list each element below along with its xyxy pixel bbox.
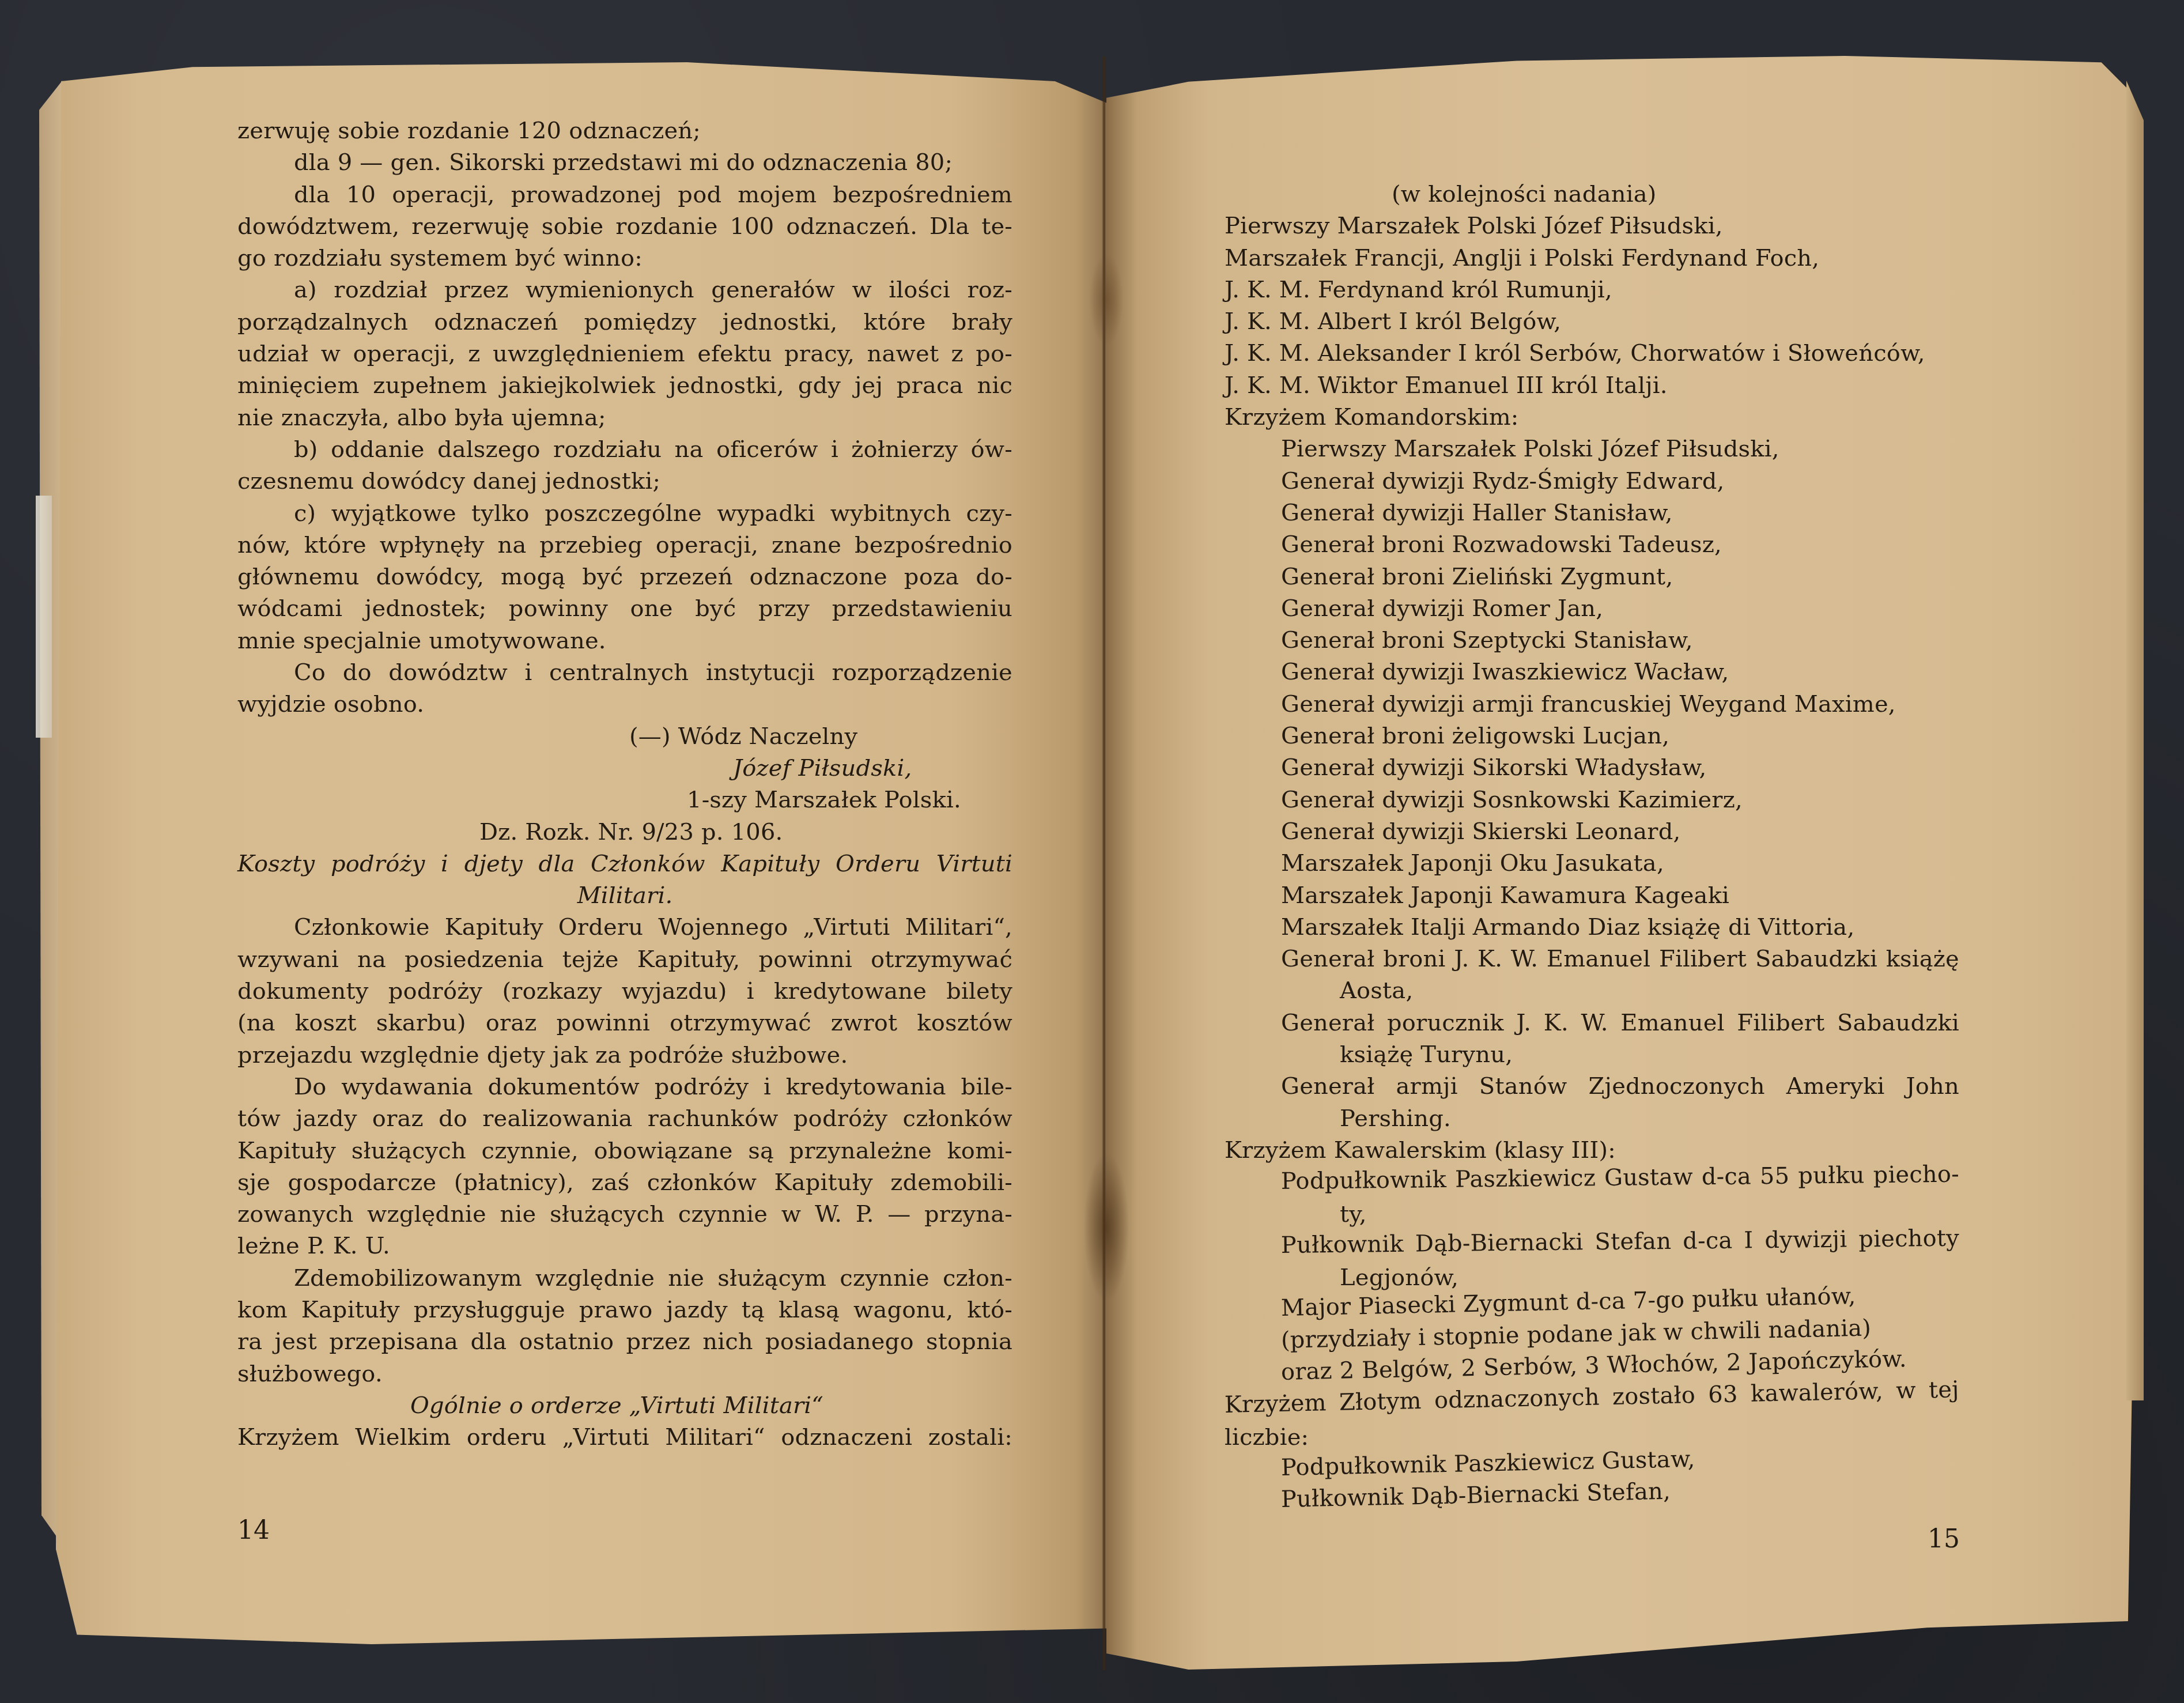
tape-strip xyxy=(36,496,52,738)
commander-cross-item: Generał dywizji Haller Stanisław, xyxy=(1225,497,1959,529)
text-line: dowództwem, rezerwuję sobie rozdanie 100… xyxy=(237,211,1012,243)
text-line: (na koszt skarbu) oraz powinni otrzymywa… xyxy=(237,1007,1012,1039)
commander-cross-item: Generał porucznik J. K. W. Emanuel Filib… xyxy=(1225,1007,1959,1039)
grand-cross-item: Marszałek Francji, Anglji i Polski Ferdy… xyxy=(1225,243,1959,274)
text-line: mnie specjalnie umotywowane. xyxy=(237,625,1012,657)
commander-cross-item: Generał dywizji Sosnkowski Kazimierz, xyxy=(1225,784,1959,816)
text-line: przejazdu względnie djety jak za podróże… xyxy=(237,1040,1012,1071)
commander-cross-item: Generał dywizji Romer Jan, xyxy=(1225,593,1959,625)
signature-title: (—) Wódz Naczelny xyxy=(237,721,1012,753)
text-line: Członkowie Kapituły Orderu Wojennego „Vi… xyxy=(237,912,1012,943)
text-line: go rozdziału systemem być winno: xyxy=(237,243,1012,274)
text-line: czesnemu dowódcy danej jednostki; xyxy=(237,466,1012,497)
commander-cross-item: Generał dywizji Sikorski Władysław, xyxy=(1225,752,1959,784)
commander-cross-item: Generał dywizji Rydz-Śmigły Edward, xyxy=(1225,466,1959,497)
closing-line: Krzyżem Wielkim orderu „Virtuti Militari… xyxy=(237,1422,1012,1453)
commander-cross-item: Marszałek Japonji Oku Jasukata, xyxy=(1225,848,1959,879)
text-line: Do wydawania dokumentów podróży i kredyt… xyxy=(237,1071,1012,1103)
text-line: porządzalnych odznaczeń pomiędzy jednost… xyxy=(237,307,1012,338)
text-line: wzywani na posiedzenia tejże Kapituły, p… xyxy=(237,944,1012,976)
section-heading: Koszty podróży i djety dla Członków Kapi… xyxy=(237,848,1012,880)
text-line: minięciem zupełnem jakiejkolwiek jednost… xyxy=(237,370,1012,402)
text-line: dokumenty podróży (rozkazy wyjazdu) i kr… xyxy=(237,976,1012,1007)
page-number-right: 15 xyxy=(1928,1524,1960,1554)
commander-cross-item: Generał dywizji Iwaszkiewicz Wacław, xyxy=(1225,656,1959,688)
text-line: zowanych względnie nie służących czynnie… xyxy=(237,1199,1012,1230)
signature-name: Józef Piłsudski, xyxy=(237,753,1012,784)
text-line: leżne P. K. U. xyxy=(237,1230,1012,1262)
grand-cross-item: J. K. M. Aleksander I król Serbów, Chorw… xyxy=(1225,338,1959,369)
grand-cross-item: Pierwszy Marszałek Polski Józef Piłsudsk… xyxy=(1225,210,1959,242)
commander-cross-item-cont: książę Turynu, xyxy=(1225,1039,1959,1071)
text-line: wyjdzie osobno. xyxy=(237,689,1012,720)
text-line: zerwuję sobie rozdanie 120 odznaczeń; xyxy=(237,115,1012,147)
text-line: dla 9 — gen. Sikorski przedstawi mi do o… xyxy=(237,147,1012,179)
commander-cross-item: Generał dywizji Skierski Leonard, xyxy=(1225,816,1959,848)
spine-stain xyxy=(1083,1153,1129,1302)
section-heading-cont: Militari. xyxy=(237,880,1012,912)
right-page-text: (w kolejności nadania) Pierwszy Marszałe… xyxy=(1225,179,1959,1517)
text-line: Kapituły służących czynnie, obowiązane s… xyxy=(237,1135,1012,1167)
commander-cross-item: Generał broni Szeptycki Stanisław, xyxy=(1225,625,1959,656)
right-page-stack-edge xyxy=(2126,81,2144,1400)
text-line: udział w operacji, z uwzględnieniem efek… xyxy=(237,338,1012,370)
text-line: nów, które wpłynęły na przebieg operacji… xyxy=(237,530,1012,561)
text-line: tów jazdy oraz do realizowania rachunków… xyxy=(237,1103,1012,1135)
text-line: Zdemobilizowanym względnie nie służącym … xyxy=(237,1263,1012,1294)
text-line: dla 10 operacji, prowadzonej pod mojem b… xyxy=(237,179,1012,211)
commander-cross-item: Pierwszy Marszałek Polski Józef Piłsudsk… xyxy=(1225,433,1959,465)
commander-cross-item: Generał dywizji armji francuskiej Weygan… xyxy=(1225,689,1959,720)
commander-cross-item: Generał broni J. K. W. Emanuel Filibert … xyxy=(1225,943,1959,975)
commander-cross-item: Generał broni Rozwadowski Tadeusz, xyxy=(1225,529,1959,561)
order-note: (w kolejności nadania) xyxy=(1225,179,1959,210)
knight-cross-item: Podpułkownik Paszkiewicz Gustaw d-ca 55 … xyxy=(1225,1159,1960,1199)
text-line: a) rozdział przez wymienionych generałów… xyxy=(237,274,1012,306)
commander-cross-item-cont: Pershing. xyxy=(1225,1103,1959,1135)
subheading: Ogólnie o orderze „Virtuti Militari“ xyxy=(237,1390,1012,1422)
spine-stain xyxy=(1089,254,1124,346)
page-number-left: 14 xyxy=(237,1516,270,1545)
text-line: wódcami jednostek; powinny one być przy … xyxy=(237,593,1012,625)
commander-cross-item: Marszałek Italji Armando Diaz książę di … xyxy=(1225,912,1959,943)
commander-cross-item: Generał broni Zieliński Zygmunt, xyxy=(1225,561,1959,593)
commander-cross-item: Generał broni żeligowski Lucjan, xyxy=(1225,720,1959,752)
text-line: kom Kapituły przysługguje prawo jazdy tą… xyxy=(237,1294,1012,1326)
order-reference: Dz. Rozk. Nr. 9/23 p. 106. xyxy=(237,817,1012,848)
text-line: służbowego. xyxy=(237,1358,1012,1390)
text-line: sje gospodarcze (płatnicy), zaś członków… xyxy=(237,1167,1012,1199)
text-line: b) oddanie dalszego rozdziału na oficeró… xyxy=(237,434,1012,466)
grand-cross-item: J. K. M. Albert I król Belgów, xyxy=(1225,306,1959,338)
grand-cross-item: J. K. M. Ferdynand król Rumunji, xyxy=(1225,274,1959,306)
text-line: c) wyjątkowe tylko poszczególne wypadki … xyxy=(237,498,1012,530)
commander-heading: Krzyżem Komandorskim: xyxy=(1225,402,1959,433)
commander-cross-item: Generał armji Stanów Zjednoczonych Amery… xyxy=(1225,1071,1959,1102)
commander-cross-item: Marszałek Japonji Kawamura Kageaki xyxy=(1225,880,1959,912)
signature-rank: 1-szy Marszałek Polski. xyxy=(237,784,1012,816)
text-line: nie znaczyła, albo była ujemna; xyxy=(237,402,1012,434)
text-line: Co do dowództw i centralnych instytucji … xyxy=(237,657,1012,689)
commander-cross-item-cont: Aosta, xyxy=(1225,975,1959,1007)
text-line: ra jest przepisana dla ostatnio przez ni… xyxy=(237,1326,1012,1358)
grand-cross-item: J. K. M. Wiktor Emanuel III król Italji. xyxy=(1225,370,1959,402)
text-line: głównemu dowódcy, mogą być przezeń odzna… xyxy=(237,561,1012,593)
left-page-text: zerwuję sobie rozdanie 120 odznaczeń; dl… xyxy=(237,115,1012,1453)
